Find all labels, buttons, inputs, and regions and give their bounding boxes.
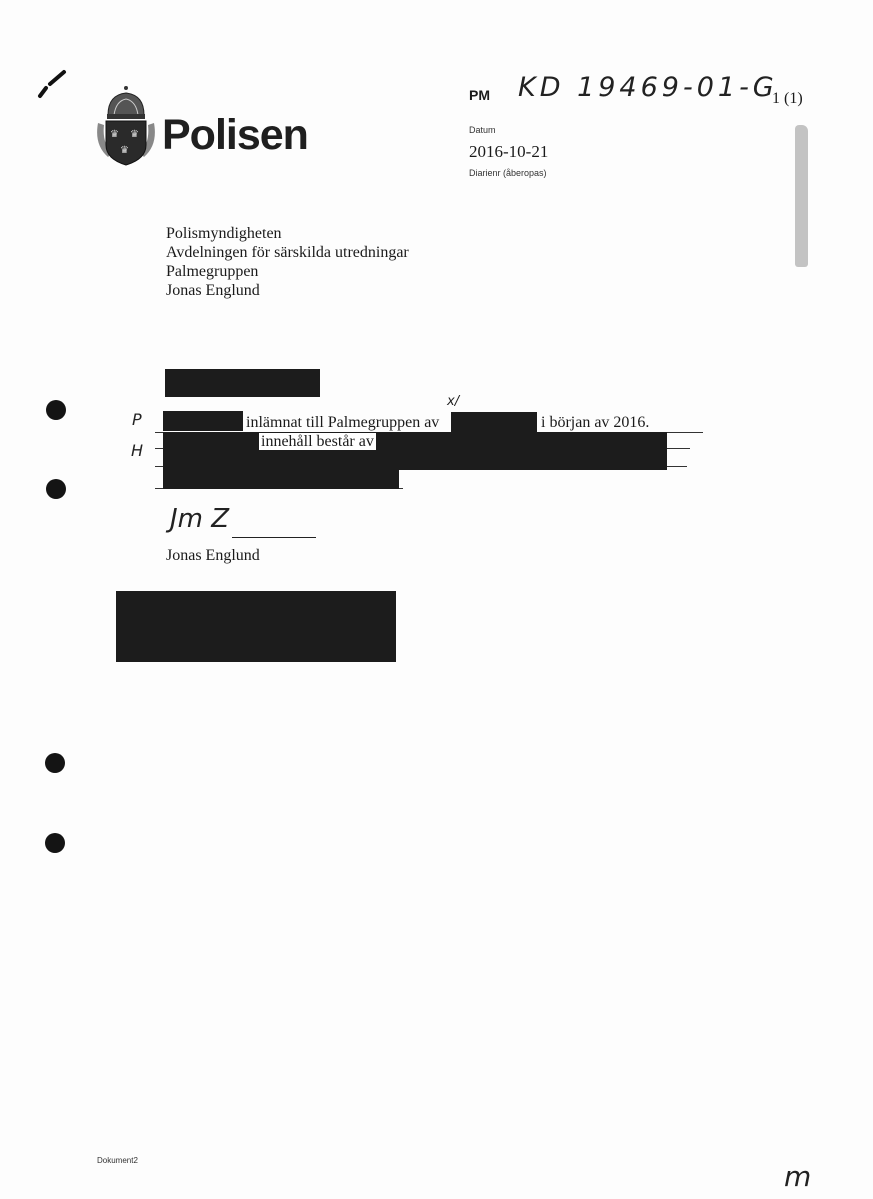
signatory-name: Jonas Englund xyxy=(166,546,260,565)
redaction-box xyxy=(163,411,243,431)
margin-note-p: P xyxy=(132,410,142,429)
svg-text:♛: ♛ xyxy=(130,129,139,140)
redaction-box xyxy=(116,591,396,662)
signature-handwriting: Jm Z xyxy=(170,504,229,534)
address-line: Avdelningen för särskilda utredningar xyxy=(166,243,409,262)
highlighter-mark xyxy=(795,125,808,267)
handwritten-initials: m xyxy=(784,1160,811,1193)
polisen-logo: ♛ ♛ ♛ Polisen xyxy=(94,85,334,170)
address-line: Jonas Englund xyxy=(166,281,409,300)
punch-hole xyxy=(46,400,66,420)
page-number: 1 (1) xyxy=(772,89,803,108)
pen-stroke-icon xyxy=(36,66,70,100)
logo-wordmark: Polisen xyxy=(162,111,308,160)
redaction-box xyxy=(451,412,537,432)
svg-text:♛: ♛ xyxy=(120,145,129,156)
address-line: Polismyndigheten xyxy=(166,224,409,243)
redaction-box xyxy=(163,468,399,489)
address-line: Palmegruppen xyxy=(166,262,409,281)
date-label: Datum xyxy=(469,125,496,135)
signature-stroke xyxy=(232,537,316,538)
diarienr-label: Diarienr (åberopas) xyxy=(469,168,547,178)
redaction-box xyxy=(165,369,320,397)
stray-pen-mark xyxy=(36,66,70,100)
body-text-line2: innehåll består av xyxy=(259,433,376,450)
police-crest-icon: ♛ ♛ ♛ xyxy=(94,85,158,169)
svg-text:♛: ♛ xyxy=(110,129,119,140)
redaction-box xyxy=(163,432,667,470)
margin-note-h: H xyxy=(131,441,143,460)
footer-filename: Dokument2 xyxy=(97,1156,138,1165)
document-date: 2016-10-21 xyxy=(469,142,548,161)
handwritten-annotation: x/ xyxy=(447,394,459,409)
punch-hole xyxy=(46,479,66,499)
document-type: PM xyxy=(469,87,490,103)
body-text-line1: inlämnat till Palmegruppen av xyxy=(246,413,439,432)
address-block: Polismyndigheten Avdelningen för särskil… xyxy=(166,224,409,300)
body-text-line1-end: i början av 2016. xyxy=(541,413,649,432)
handwritten-reference: KD 19469-01-G xyxy=(518,72,778,103)
punch-hole xyxy=(45,753,65,773)
punch-hole xyxy=(45,833,65,853)
